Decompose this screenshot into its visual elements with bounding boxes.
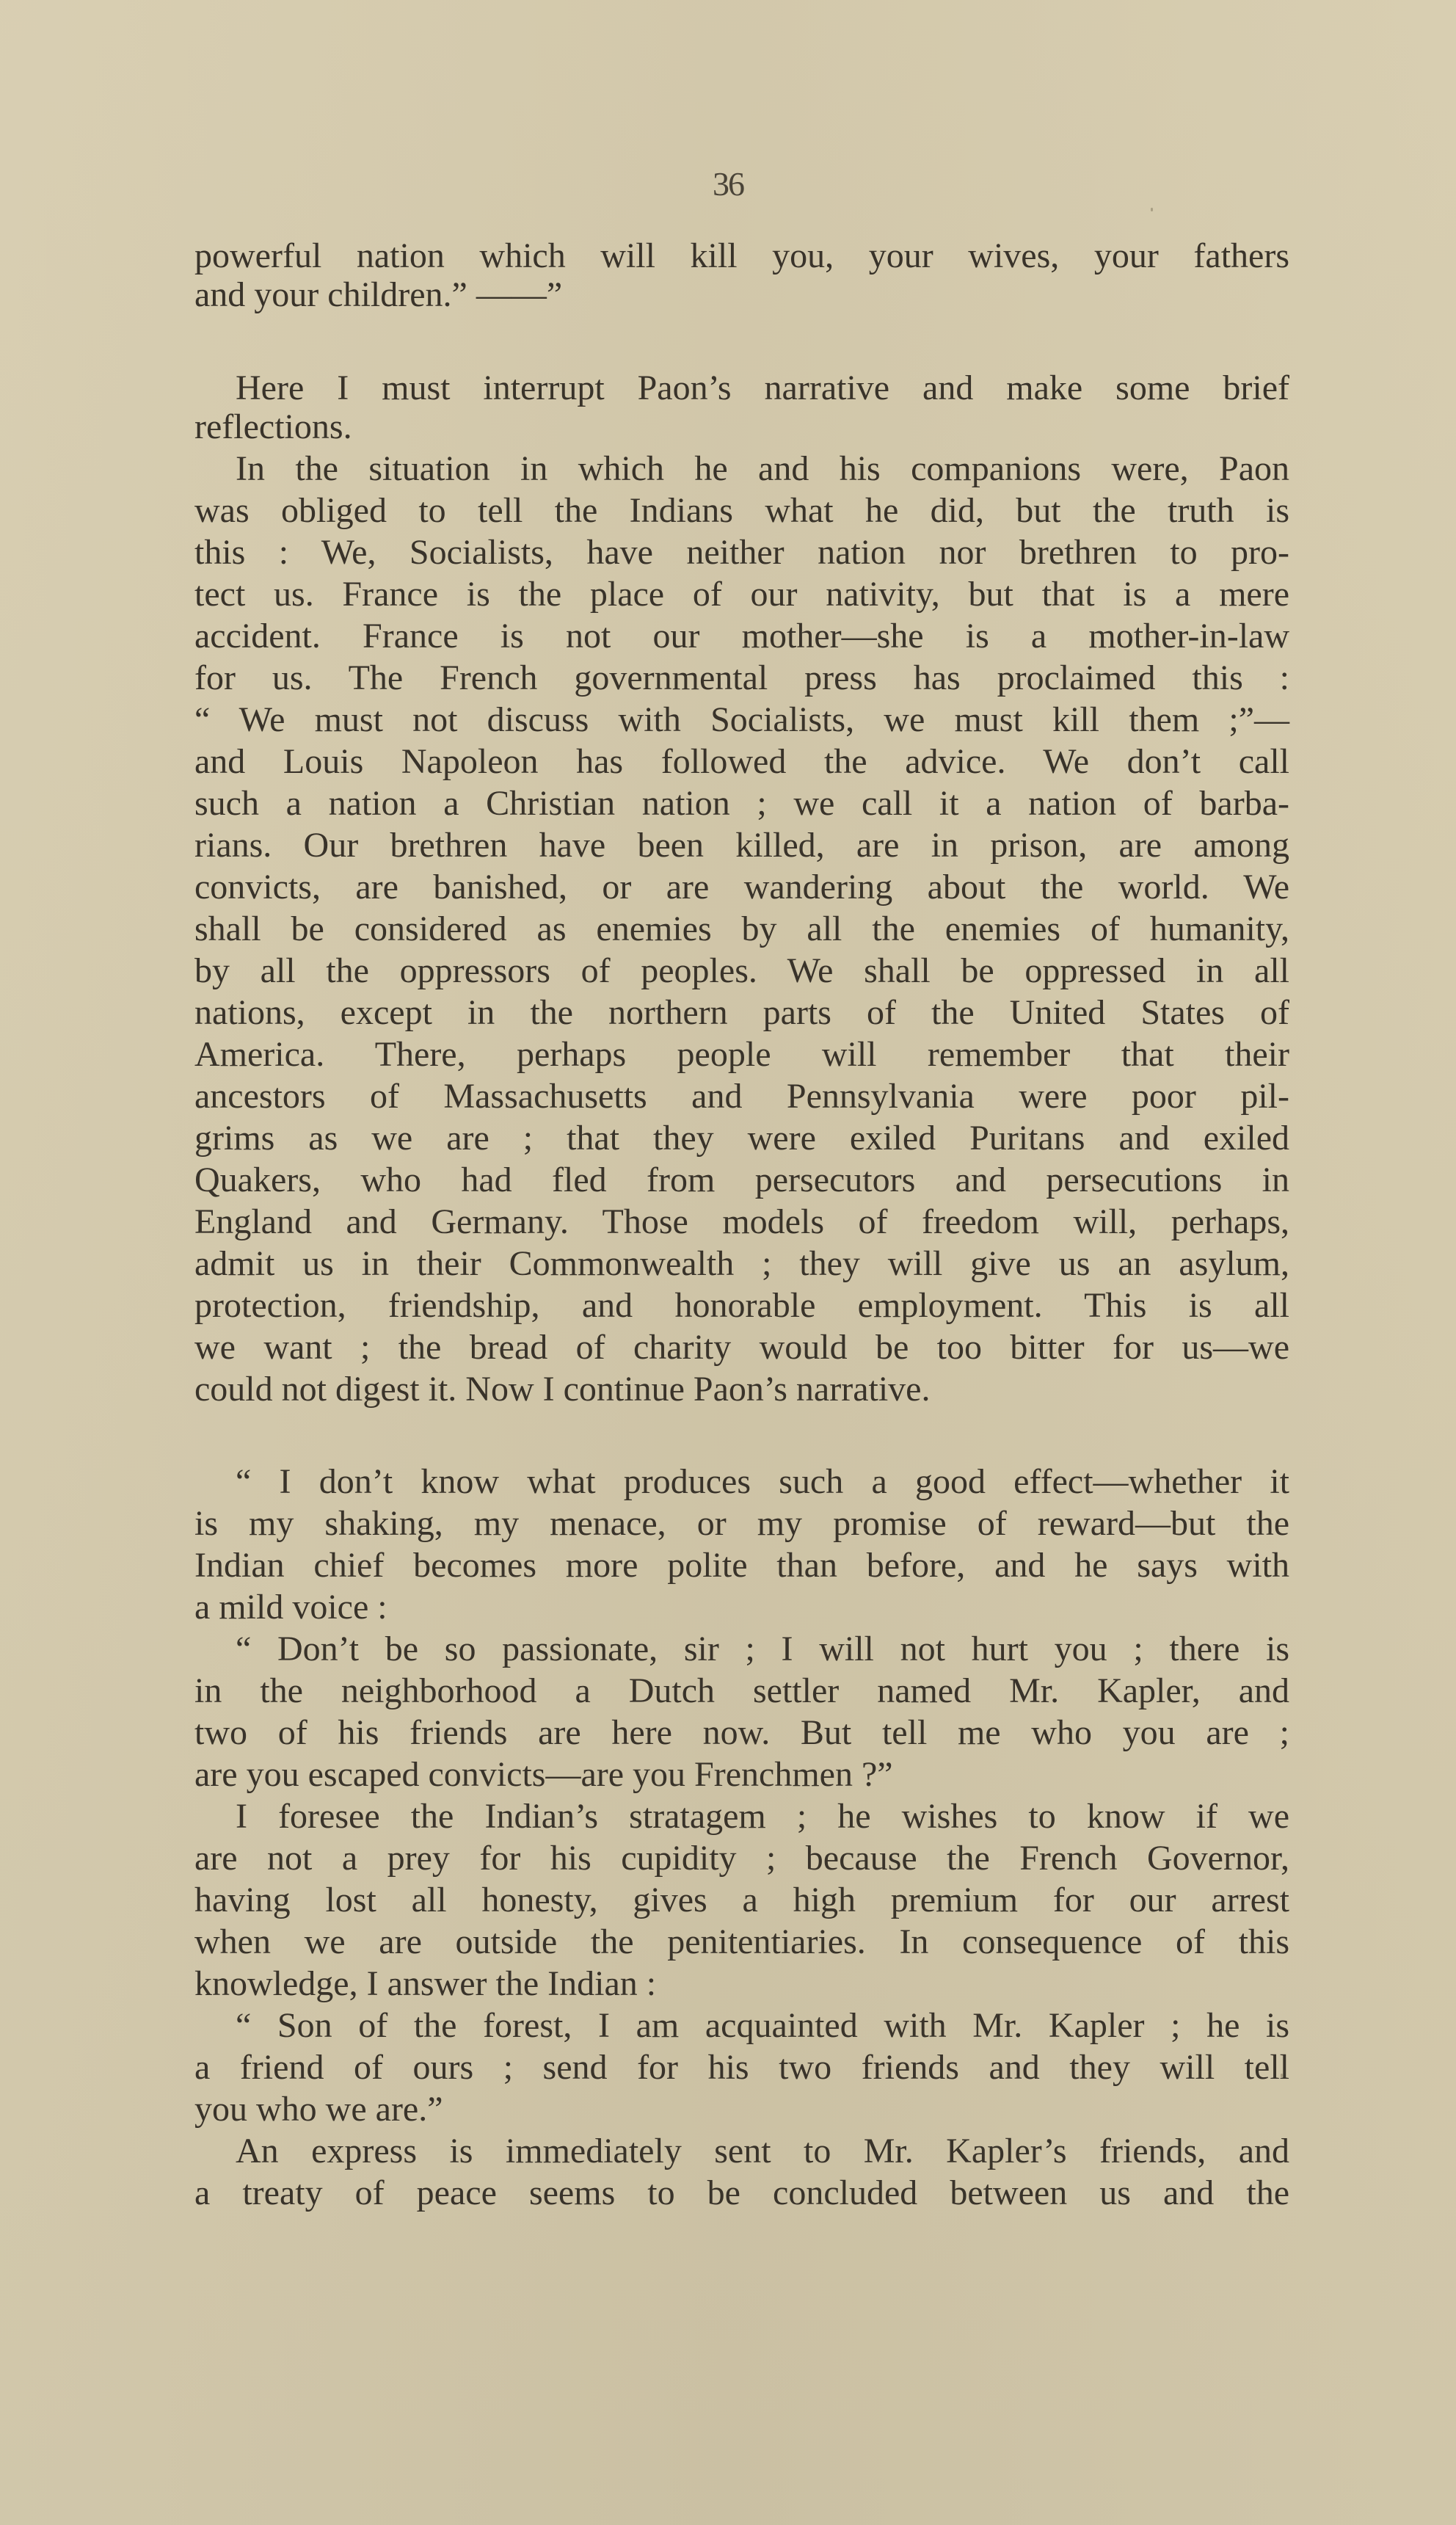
text-line: powerful nation which will kill you, you… (194, 235, 1289, 277)
text-line: a treaty of peace seems to be concluded … (194, 2172, 1289, 2214)
text-line: having lost all honesty, gives a high pr… (194, 1879, 1289, 1921)
text-line: two of his friends are here now. But tel… (194, 1712, 1289, 1754)
text-line: you who we are.” (194, 2088, 1289, 2130)
text-line: nations, except in the northern parts of… (194, 992, 1289, 1033)
text-line: ancestors of Massachusetts and Pennsylva… (194, 1075, 1289, 1117)
text-line: admit us in their Commonwealth ; they wi… (194, 1243, 1289, 1285)
text-line: is my shaking, my menace, or my promise … (194, 1503, 1289, 1544)
text-line: are you escaped convicts—are you Frenchm… (194, 1754, 1289, 1795)
text-line: was obliged to tell the Indians what he … (194, 490, 1289, 531)
text-line: Quakers, who had fled from persecutors a… (194, 1159, 1289, 1201)
page-number: 36 (0, 167, 1456, 201)
text-line: a mild voice : (194, 1586, 1289, 1628)
text-line: we want ; the bread of charity would be … (194, 1326, 1289, 1368)
text-line: when we are outside the penitentiaries. … (194, 1921, 1289, 1963)
text-line: such a nation a Christian nation ; we ca… (194, 782, 1289, 824)
text-line: Here I must interrupt Paon’s narrative a… (236, 367, 1289, 409)
text-line: grims as we are ; that they were exiled … (194, 1117, 1289, 1159)
text-line: “ Don’t be so passionate, sir ; I will n… (236, 1628, 1289, 1670)
text-line: accident. France is not our mother—she i… (194, 615, 1289, 657)
text-line: rians. Our brethren have been killed, ar… (194, 824, 1289, 866)
text-line: convicts, are banished, or are wandering… (194, 866, 1289, 908)
text-line: and your children.” ——” (194, 274, 1289, 316)
text-line: “ We must not discuss with Socialists, w… (194, 699, 1289, 741)
text-line: shall be considered as enemies by all th… (194, 908, 1289, 950)
text-line: tect us. France is the place of our nati… (194, 573, 1289, 615)
text-line: “ Son of the forest, I am acquainted wit… (236, 2005, 1289, 2046)
text-line: knowledge, I answer the Indian : (194, 1963, 1289, 2005)
text-line: England and Germany. Those models of fre… (194, 1201, 1289, 1243)
text-line: for us. The French governmental press ha… (194, 657, 1289, 699)
text-line: I foresee the Indian’s stratagem ; he wi… (236, 1795, 1289, 1837)
book-page: 36 powerful nation which will kill you, … (0, 0, 1456, 2525)
text-line: are not a prey for his cupidity ; becaus… (194, 1837, 1289, 1879)
text-line: could not digest it. Now I continue Paon… (194, 1368, 1289, 1410)
paper-speck (1151, 208, 1153, 211)
text-line: reflections. (194, 406, 1289, 448)
text-line: In the situation in which he and his com… (236, 448, 1289, 490)
text-line: and Louis Napoleon has followed the advi… (194, 741, 1289, 782)
text-line: America. There, perhaps people will reme… (194, 1033, 1289, 1075)
text-line: An express is immediately sent to Mr. Ka… (236, 2130, 1289, 2172)
text-line: “ I don’t know what produces such a good… (236, 1461, 1289, 1503)
text-line: in the neighborhood a Dutch settler name… (194, 1670, 1289, 1712)
text-line: Indian chief becomes more polite than be… (194, 1544, 1289, 1586)
text-line: this : We, Socialists, have neither nati… (194, 531, 1289, 573)
text-line: protection, friendship, and honorable em… (194, 1285, 1289, 1326)
text-line: by all the oppressors of peoples. We sha… (194, 950, 1289, 992)
text-line: a friend of ours ; send for his two frie… (194, 2046, 1289, 2088)
